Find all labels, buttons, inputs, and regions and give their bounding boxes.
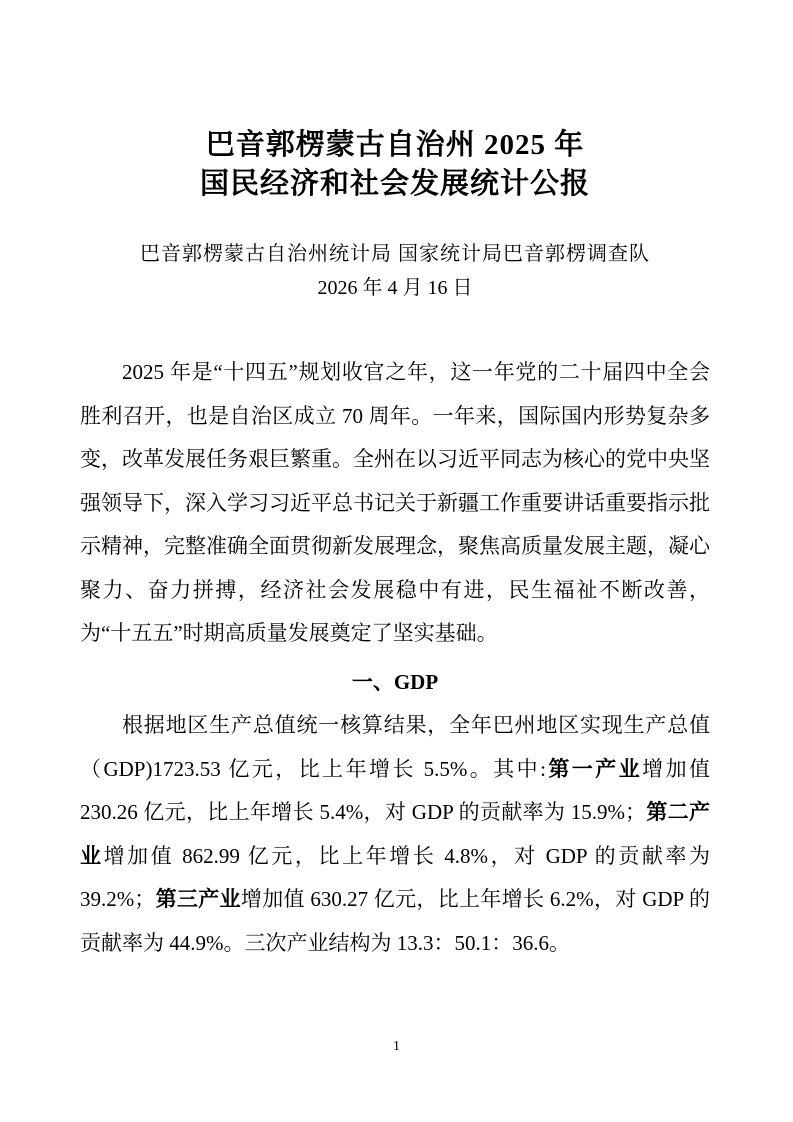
title-line-2: 国民经济和社会发展统计公报 — [80, 165, 710, 204]
emphasized-text-segment: 第一产业 — [546, 757, 642, 781]
emphasized-text-segment: 第三产业 — [155, 887, 241, 911]
text-segment: 2025 年是“十四五”规划收官之年，这一年党的二十届四中全会胜利召开，也是自治… — [80, 360, 710, 645]
publication-date: 2026 年 4 月 16 日 — [80, 275, 710, 301]
document-body: 2025 年是“十四五”规划收官之年，这一年党的二十届四中全会胜利召开，也是自治… — [80, 351, 710, 965]
document-title: 巴音郭楞蒙古自治州 2025 年 国民经济和社会发展统计公报 — [80, 126, 710, 204]
title-line-1: 巴音郭楞蒙古自治州 2025 年 — [80, 126, 710, 165]
issuing-agencies: 巴音郭楞蒙古自治州统计局 国家统计局巴音郭楞调查队 — [80, 241, 710, 267]
page-number: 1 — [0, 1038, 793, 1056]
section-heading-gdp: 一、GDP — [80, 661, 710, 705]
gdp-paragraph: 根据地区生产总值统一核算结果，全年巴州地区实现生产总值（GDP)1723.53 … — [80, 704, 710, 965]
document-page: 巴音郭楞蒙古自治州 2025 年 国民经济和社会发展统计公报 巴音郭楞蒙古自治州… — [0, 0, 793, 1122]
intro-paragraph: 2025 年是“十四五”规划收官之年，这一年党的二十届四中全会胜利召开，也是自治… — [80, 351, 710, 656]
